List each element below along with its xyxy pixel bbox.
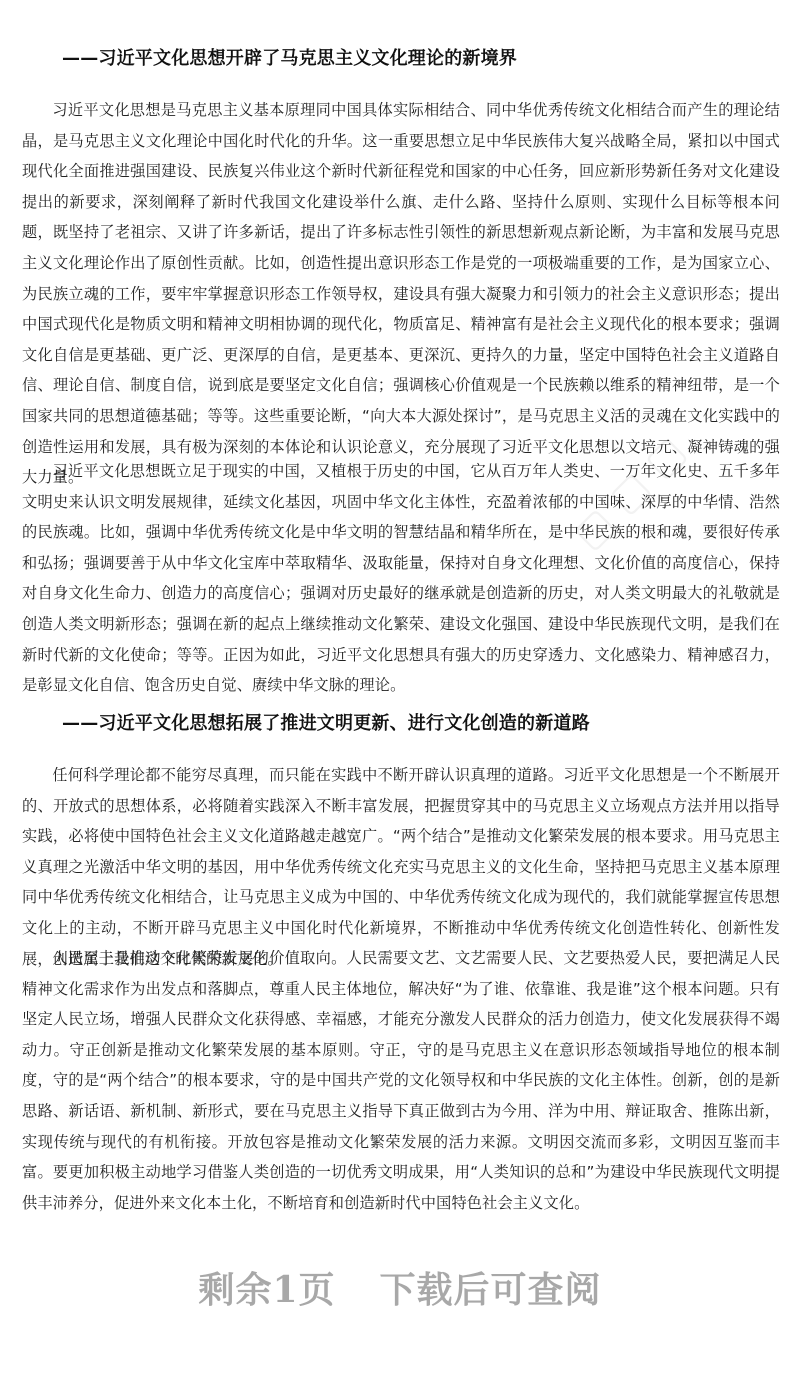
- download-hint-label: 下载后可查阅: [380, 1262, 602, 1313]
- section-1-heading: ——习近平文化思想开辟了马克思主义文化理论的新境界: [62, 44, 517, 70]
- section-1-paragraph-1: 习近平文化思想是马克思主义基本原理同中国具体实际相结合、同中华优秀传统文化相结合…: [22, 95, 780, 493]
- remaining-pages-label: 剩余1页: [198, 1262, 335, 1313]
- section-1-paragraph-2: 习近平文化思想既立足于现实的中国，又植根于历史的中国，它从百万年人类史、一万年文…: [22, 456, 780, 701]
- document-page: ▢ ▢ ▢ ——习近平文化思想开辟了马克思主义文化理论的新境界 习近平文化思想是…: [0, 0, 800, 1391]
- section-2-paragraph-2: 人民至上是推动文化繁荣发展的价值取向。人民需要文艺、文艺需要人民、文艺要热爱人民…: [22, 943, 780, 1218]
- section-2-heading: ——习近平文化思想拓展了推进文明更新、进行文化创造的新道路: [62, 709, 590, 735]
- download-prompt[interactable]: 剩余1页下载后可查阅: [0, 1262, 800, 1313]
